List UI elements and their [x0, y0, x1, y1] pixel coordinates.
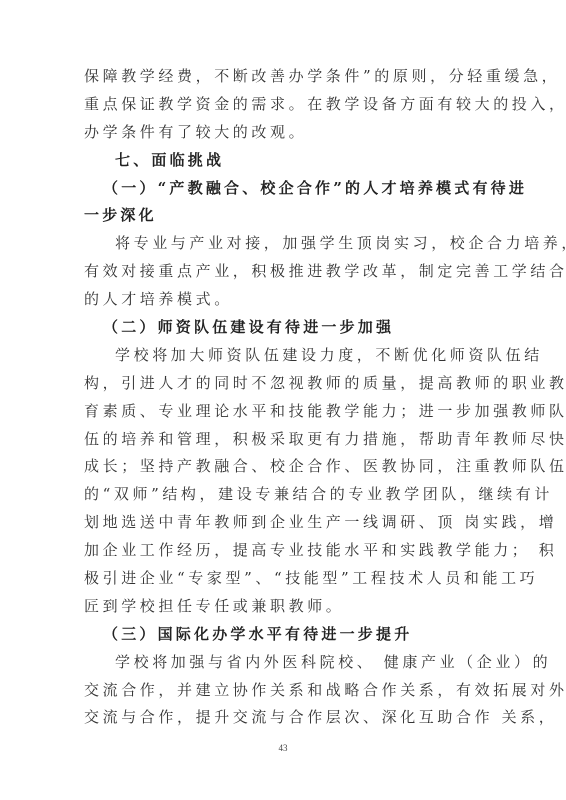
- text-line: 构，引进人才的同时不忽视教师的质量，提高教师的职业教: [84, 370, 480, 398]
- text-line: 划地选送中青年教师到企业生产一线调研、顶 岗实践，增: [84, 509, 480, 537]
- text-line: 将专业与产业对接，加强学生顶岗实习，校企合力培养，: [84, 230, 480, 258]
- text-line: 的“双师”结构，建设专兼结合的专业教学团队，继续有计: [84, 481, 480, 509]
- text-line: 学校将加强与省内外医科院校、 健康产业（企业）的: [84, 649, 480, 677]
- subsection-heading: （一）“产教融合、校企合作”的人才培养模式有待进: [84, 175, 480, 203]
- section-heading: 七、面临挑战: [84, 147, 480, 175]
- text-line: 重点保证教学资金的需求。在教学设备方面有较大的投入，: [84, 91, 480, 119]
- document-body: 保障教学经费，不断改善办学条件”的原则，分轻重缓急， 重点保证教学资金的需求。在…: [84, 63, 480, 732]
- document-page: 保障教学经费，不断改善办学条件”的原则，分轻重缓急， 重点保证教学资金的需求。在…: [0, 0, 566, 800]
- text-line: 保障教学经费，不断改善办学条件”的原则，分轻重缓急，: [84, 63, 480, 91]
- text-line: 育素质、专业理论水平和技能教学能力；进一步加强教师队: [84, 398, 480, 426]
- text-line: 有效对接重点产业，积极推进教学改革，制定完善工学结合: [84, 258, 480, 286]
- page-number: 43: [0, 743, 566, 753]
- text-line: 的人才培养模式。: [84, 286, 480, 314]
- text-line: 伍的培养和管理，积极采取更有力措施，帮助青年教师尽快: [84, 426, 480, 454]
- text-line: 学校将加大师资队伍建设力度，不断优化师资队伍结: [84, 342, 480, 370]
- text-line: 办学条件有了较大的改观。: [84, 119, 480, 147]
- text-line: 加企业工作经历，提高专业技能水平和实践教学能力； 积: [84, 537, 480, 565]
- subsection-heading: （二）师资队伍建设有待进一步加强: [84, 314, 480, 342]
- text-line: 成长；坚持产教融合、校企合作、医教协同，注重教师队伍: [84, 453, 480, 481]
- text-line: 交流与合作，提升交流与合作层次、深化互助合作 关系，: [84, 704, 480, 732]
- text-line: 交流合作，并建立协作关系和战略合作关系，有效拓展对外: [84, 677, 480, 705]
- text-line: 匠到学校担任专任或兼职教师。: [84, 593, 480, 621]
- subsection-heading: （三）国际化办学水平有待进一步提升: [84, 621, 480, 649]
- text-line: 极引进企业“专家型”、“技能型”工程技术人员和能工巧: [84, 565, 480, 593]
- subsection-heading-continued: 一步深化: [84, 202, 480, 230]
